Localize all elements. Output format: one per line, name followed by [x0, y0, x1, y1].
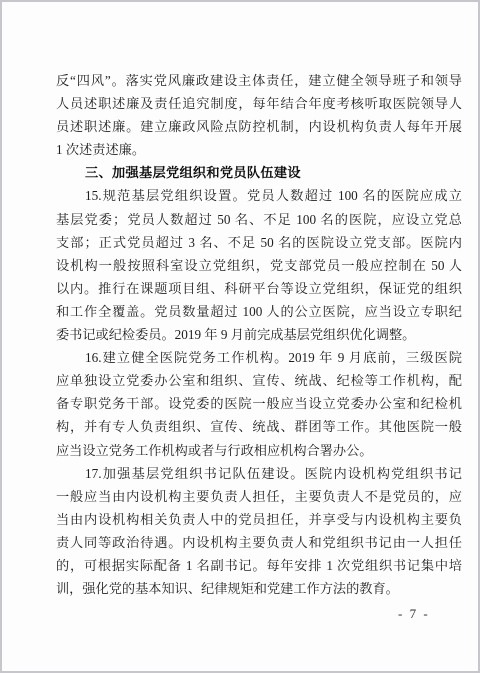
text-line: 反“四风”。落实党风廉政建设主体责任，建立健全领导班子和领导 — [56, 69, 462, 92]
text-line: 应单独设立党委办公室和组织、宣传、统战、纪检等工作机构，配 — [56, 369, 462, 392]
text-line: 以内。推行在课题项目组、科研平台等设立党组织，保证党的组织 — [56, 277, 462, 300]
text-line: 应当设立党务工作机构或者与行政相应机构合署办公。 — [56, 439, 462, 462]
text-line: 和工作全覆盖。党员数量超过 100 人的公立医院，应当设立专职纪 — [56, 300, 462, 323]
text-line: 1 次述责述廉。 — [56, 138, 462, 161]
text-line: 人员述职述廉及责任追究制度，每年结合年度考核听取医院领导人 — [56, 92, 462, 115]
text-line: 责人同等政治待遇。内设机构主要负责人和党组织书记由一人担任 — [56, 531, 462, 554]
text-line: 17.加强基层党组织书记队伍建设。医院内设机构党组织书记 — [56, 462, 462, 485]
text-line: 16.建立健全医院党务工作机构。2019 年 9 月底前，三级医院 — [56, 346, 462, 369]
text-line: 15.规范基层党组织设置。党员人数超过 100 名的医院应成立 — [56, 184, 462, 207]
text-line: 训，强化党的基本知识、纪律规矩和党建工作方法的教育。 — [56, 577, 462, 600]
text-line: 一般应当由内设机构主要负责人担任，主要负责人不是党员的，应 — [56, 485, 462, 508]
document-page: 反“四风”。落实党风廉政建设主体责任，建立健全领导班子和领导人员述职述廉及责任追… — [0, 0, 480, 673]
text-line: 员述职述廉。建立廉政风险点防控机制，内设机构负责人每年开展 — [56, 115, 462, 138]
text-line: 当由内设机构相关负责人中的党员担任，并享受与内设机构主要负 — [56, 508, 462, 531]
text-line: 的，可根据实际配备 1 名副书记。每年安排 1 次党组织书记集中培 — [56, 554, 462, 577]
page-number: - 7 - — [398, 606, 430, 622]
text-line: 备专职党务干部。设党委的医院一般应当设立党委办公室和纪检机 — [56, 392, 462, 415]
section-heading: 三、加强基层党组织和党员队伍建设 — [56, 161, 462, 184]
text-block: 反“四风”。落实党风廉政建设主体责任，建立健全领导班子和领导人员述职述廉及责任追… — [56, 69, 462, 600]
text-line: 设机构一般按照科室设立党组织，党支部党员一般应控制在 50 人 — [56, 254, 462, 277]
text-line: 支部；正式党员超过 3 名、不足 50 名的医院设立党支部。医院内 — [56, 231, 462, 254]
text-line: 构，并有专人负责组织、宣传、统战、群团等工作。其他医院一般 — [56, 415, 462, 438]
text-line: 基层党委；党员人数超过 50 名、不足 100 名的医院，应设立党总 — [56, 208, 462, 231]
text-line: 委书记或纪检委员。2019 年 9 月前完成基层党组织优化调整。 — [56, 323, 462, 346]
